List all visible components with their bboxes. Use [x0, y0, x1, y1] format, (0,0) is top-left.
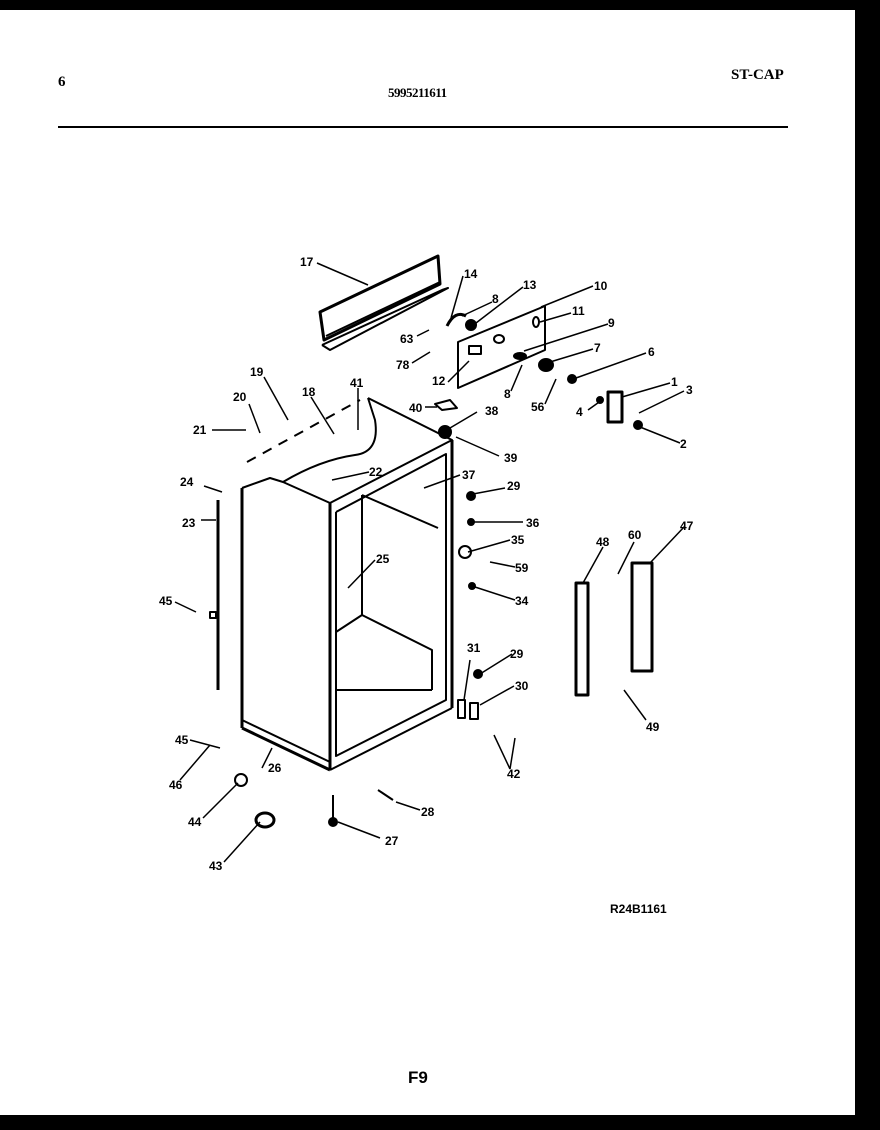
- svg-text:47: 47: [680, 519, 694, 533]
- svg-text:59: 59: [515, 561, 529, 575]
- part-hinge: [597, 392, 642, 429]
- svg-text:29: 29: [510, 647, 524, 661]
- svg-text:3: 3: [686, 383, 693, 397]
- svg-text:26: 26: [268, 761, 282, 775]
- svg-text:63: 63: [400, 332, 414, 346]
- svg-text:22: 22: [369, 465, 383, 479]
- leader-lines: [175, 263, 685, 862]
- svg-text:34: 34: [515, 594, 529, 608]
- svg-text:40: 40: [409, 401, 423, 415]
- svg-text:60: 60: [628, 528, 642, 542]
- svg-text:18: 18: [302, 385, 316, 399]
- svg-text:45: 45: [175, 733, 189, 747]
- svg-text:37: 37: [462, 468, 476, 482]
- svg-text:48: 48: [596, 535, 610, 549]
- svg-text:23: 23: [182, 516, 196, 530]
- svg-text:49: 49: [646, 720, 660, 734]
- svg-text:11: 11: [572, 304, 585, 318]
- svg-text:24: 24: [180, 475, 194, 489]
- svg-text:13: 13: [523, 278, 537, 292]
- figure-label: F9: [408, 1068, 428, 1088]
- svg-text:4: 4: [576, 405, 583, 419]
- part-top-trim: [320, 256, 448, 350]
- svg-text:41: 41: [350, 376, 364, 390]
- svg-text:78: 78: [396, 358, 410, 372]
- svg-text:19: 19: [250, 365, 264, 379]
- exploded-diagram: 17 14 8 13 10 11 9 7 6 63 78 12 8 56 4 1…: [0, 0, 880, 1130]
- svg-text:6: 6: [648, 345, 655, 359]
- svg-text:10: 10: [594, 279, 608, 293]
- svg-text:46: 46: [169, 778, 183, 792]
- svg-text:17: 17: [300, 255, 314, 269]
- callout-labels: 17 14 8 13 10 11 9 7 6 63 78 12 8 56 4 1…: [159, 255, 694, 873]
- svg-text:9: 9: [608, 316, 615, 330]
- part-cabinet: [242, 398, 452, 770]
- svg-text:14: 14: [464, 267, 478, 281]
- svg-text:2: 2: [680, 437, 687, 451]
- svg-text:45: 45: [159, 594, 173, 608]
- svg-text:20: 20: [233, 390, 247, 404]
- svg-text:8: 8: [504, 387, 511, 401]
- svg-text:8: 8: [492, 292, 499, 306]
- part-drain-tube: [210, 500, 218, 690]
- svg-text:39: 39: [504, 451, 518, 465]
- page: 6 5995211611 ST-CAP: [0, 0, 880, 1130]
- svg-text:43: 43: [209, 859, 223, 873]
- svg-text:7: 7: [594, 341, 601, 355]
- svg-text:21: 21: [193, 423, 207, 437]
- svg-text:12: 12: [432, 374, 446, 388]
- svg-text:27: 27: [385, 834, 399, 848]
- svg-text:35: 35: [511, 533, 525, 547]
- reference-code: R24B1161: [610, 902, 667, 916]
- svg-text:56: 56: [531, 400, 545, 414]
- svg-text:44: 44: [188, 815, 202, 829]
- svg-text:36: 36: [526, 516, 540, 530]
- svg-text:1: 1: [671, 375, 678, 389]
- svg-text:29: 29: [507, 479, 521, 493]
- svg-text:30: 30: [515, 679, 529, 693]
- svg-text:25: 25: [376, 552, 390, 566]
- svg-text:31: 31: [467, 641, 481, 655]
- part-shelf-rails: [576, 563, 652, 695]
- svg-text:28: 28: [421, 805, 435, 819]
- part-13: [466, 320, 476, 330]
- svg-text:42: 42: [507, 767, 521, 781]
- svg-text:38: 38: [485, 404, 499, 418]
